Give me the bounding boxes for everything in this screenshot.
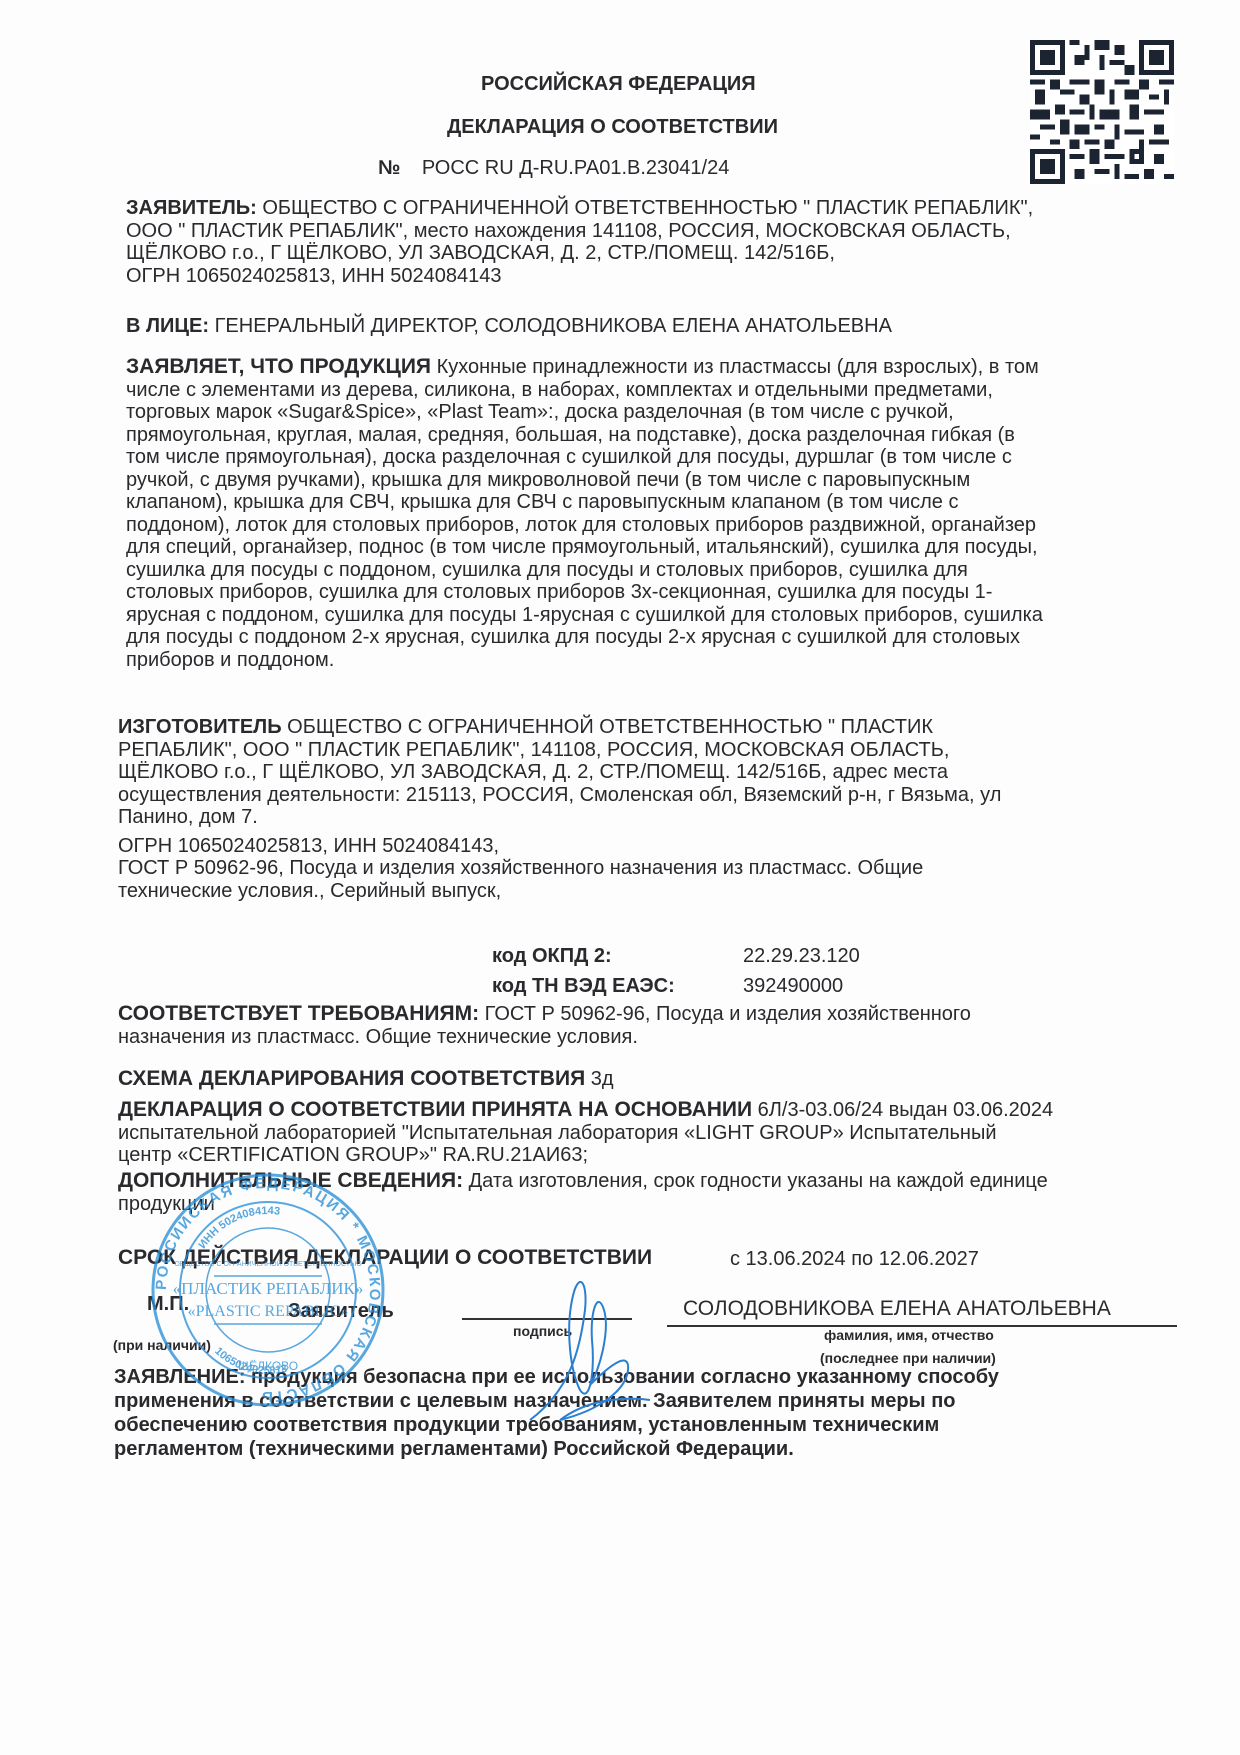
document-title: ДЕКЛАРАЦИЯ О СООТВЕТСТВИИ [447, 116, 778, 139]
number-sign: № [378, 157, 400, 179]
seal-name-en: «PLASTIC REPABLIC» [188, 1303, 349, 1320]
product-label: ЗАЯВЛЯЕТ, ЧТО ПРОДУКЦИЯ [126, 355, 431, 378]
tnved-value: 392490000 [743, 975, 843, 998]
product-line: том числе прямоугольная), доска разделоч… [126, 446, 1043, 469]
conformity-line: ГОСТ Р 50962-96, Посуда и изделия хозяйс… [479, 1003, 971, 1025]
handwritten-signature [500, 1270, 660, 1430]
qr-code [1028, 40, 1176, 184]
product-line: ручкой, с двумя ручками), крышка для мик… [126, 469, 1043, 492]
product-line: числе с элементами из дерева, силикона, … [126, 379, 1043, 402]
validity-value: с 13.06.2024 по 12.06.2027 [730, 1248, 979, 1271]
product-line: сушилка для посуды с поддоном, сушилка д… [126, 559, 1043, 582]
manufacturer-line: Панино, дом 7. [118, 806, 1001, 829]
name-caption: фамилия, имя, отчество [824, 1327, 994, 1343]
manufacturer-line: ЩЁЛКОВО г.о., Г ЩЁЛКОВО, УЛ ЗАВОДСКАЯ, Д… [118, 761, 1001, 784]
applicant-line: ООО " ПЛАСТИК РЕПАБЛИК", место нахождени… [126, 220, 1033, 243]
product-line: столовых приборов, сушилка для столовых … [126, 581, 1043, 604]
conformity-line: назначения из пластмасс. Общие техническ… [118, 1026, 971, 1049]
manufacturer-section: ИЗГОТОВИТЕЛЬ ОБЩЕСТВО С ОГРАНИЧЕННОЙ ОТВ… [118, 716, 1001, 902]
additional-line: Дата изготовления, срок годности указаны… [463, 1170, 1048, 1192]
product-line: торговых марок «Sugar&Spice», «Plast Tea… [126, 401, 1043, 424]
manufacturer-line: ОБЩЕСТВО С ОГРАНИЧЕННОЙ ОТВЕТСТВЕННОСТЬЮ… [282, 716, 933, 738]
applicant-line: ОБЩЕСТВО С ОГРАНИЧЕННОЙ ОТВЕТСТВЕННОСТЬЮ… [257, 197, 1033, 219]
okpd-label: код ОКПД 2: [492, 945, 612, 968]
basis-line: испытательной лабораторией "Испытательна… [118, 1122, 1053, 1145]
name-caption-note: (последнее при наличии) [820, 1350, 996, 1366]
scheme-label: СХЕМА ДЕКЛАРИРОВАНИЯ СООТВЕТСТВИЯ [118, 1067, 585, 1090]
company-seal: РОССИЙСКАЯ ФЕДЕРАЦИЯ * МОСКОВСКАЯ ОБЛАСТ… [148, 1170, 388, 1410]
product-line: ярусная с поддоном, сушилка для посуды 1… [126, 604, 1043, 627]
basis-line: 6Л/3-03.06/24 выдан 03.06.2024 [752, 1099, 1053, 1121]
applicant-section: ЗАЯВИТЕЛЬ: ОБЩЕСТВО С ОГРАНИЧЕННОЙ ОТВЕТ… [126, 197, 1033, 287]
represented-by-value: ГЕНЕРАЛЬНЫЙ ДИРЕКТОР, СОЛОДОВНИКОВА ЕЛЕН… [209, 315, 892, 337]
product-line: клапаном), крышка для СВЧ, крышка для СВ… [126, 491, 1043, 514]
manufacturer-line: технические условия., Серийный выпуск, [118, 880, 1001, 903]
country-title: РОССИЙСКАЯ ФЕДЕРАЦИЯ [481, 73, 756, 96]
seal-city: ЩЁЛКОВО [238, 1359, 298, 1373]
product-line: для специй, органайзер, поднос (в том чи… [126, 536, 1043, 559]
conformity-section: СООТВЕТСТВУЕТ ТРЕБОВАНИЯМ: ГОСТ Р 50962-… [118, 1003, 971, 1048]
number-value: РОСС RU Д-RU.РА01.В.23041/24 [422, 157, 729, 179]
product-section: ЗАЯВЛЯЕТ, ЧТО ПРОДУКЦИЯ Кухонные принадл… [126, 356, 1043, 671]
manufacturer-line: РЕПАБЛИК", ООО " ПЛАСТИК РЕПАБЛИК", 1411… [118, 739, 1001, 762]
applicant-line: ОГРН 1065024025813, ИНН 5024084143 [126, 265, 1033, 288]
scheme-value: 3д [585, 1068, 613, 1090]
represented-by-label: В ЛИЦЕ: [126, 315, 209, 337]
basis-line: центр «CERTIFICATION GROUP»" RA.RU.21АИ6… [118, 1144, 1053, 1167]
manufacturer-label: ИЗГОТОВИТЕЛЬ [118, 716, 282, 738]
product-line: прямоугольная, круглая, малая, средняя, … [126, 424, 1043, 447]
scheme: СХЕМА ДЕКЛАРИРОВАНИЯ СООТВЕТСТВИЯ 3д [118, 1068, 614, 1091]
basis-label: ДЕКЛАРАЦИЯ О СООТВЕТСТВИИ ПРИНЯТА НА ОСН… [118, 1098, 752, 1121]
basis-section: ДЕКЛАРАЦИЯ О СООТВЕТСТВИИ ПРИНЯТА НА ОСН… [118, 1099, 1053, 1167]
declaration-number: № РОСС RU Д-RU.РА01.В.23041/24 [378, 157, 729, 180]
okpd-value: 22.29.23.120 [743, 945, 860, 968]
tnved-label: код ТН ВЭД ЕАЭС: [492, 975, 675, 998]
product-line: приборов и поддоном. [126, 649, 1043, 672]
seal-org-type: ОБЩЕСТВО С ОГРАНИЧЕННОЙ ОТВЕТСТВЕННОСТЬЮ [174, 1259, 361, 1268]
manufacturer-line: ОГРН 1065024025813, ИНН 5024084143, [118, 835, 1001, 858]
conformity-label: СООТВЕТСТВУЕТ ТРЕБОВАНИЯМ: [118, 1002, 479, 1025]
product-line: для посуды с поддоном 2-х ярусная, сушил… [126, 626, 1043, 649]
product-line: Кухонные принадлежности из пластмассы (д… [431, 356, 1039, 378]
manufacturer-line: ГОСТ Р 50962-96, Посуда и изделия хозяйс… [118, 857, 1001, 880]
product-line: поддоном), лоток для столовых приборов, … [126, 514, 1043, 537]
manufacturer-line: осуществления деятельности: 215113, РОСС… [118, 784, 1001, 807]
signer-full-name: СОЛОДОВНИКОВА ЕЛЕНА АНАТОЛЬЕВНА [683, 1297, 1111, 1321]
applicant-label: ЗАЯВИТЕЛЬ: [126, 197, 257, 219]
statement-line: регламентом (техническими регламентами) … [114, 1437, 999, 1461]
seal-name-ru: «ПЛАСТИК РЕПАБЛИК» [173, 1279, 364, 1298]
represented-by: В ЛИЦЕ: ГЕНЕРАЛЬНЫЙ ДИРЕКТОР, СОЛОДОВНИК… [126, 315, 892, 338]
applicant-line: ЩЁЛКОВО г.о., Г ЩЁЛКОВО, УЛ ЗАВОДСКАЯ, Д… [126, 242, 1033, 265]
